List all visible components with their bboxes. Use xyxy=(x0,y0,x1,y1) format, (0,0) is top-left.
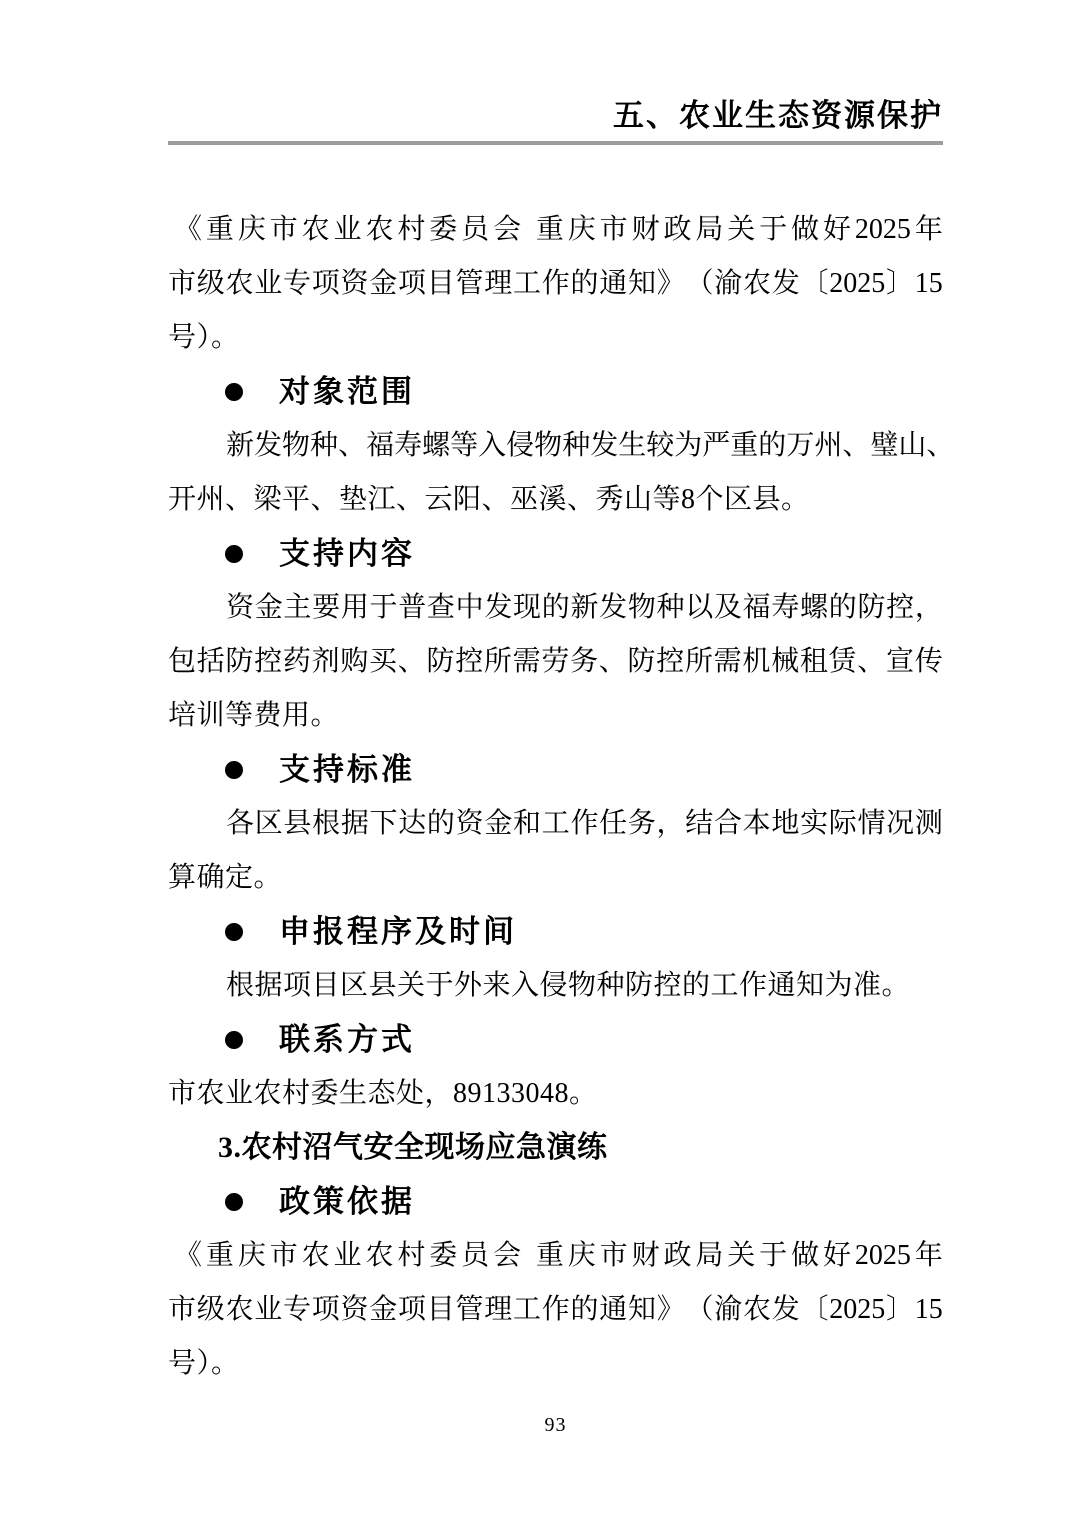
text-token: 关 xyxy=(727,203,755,257)
text-token: 的 xyxy=(542,581,570,635)
text-token: 福 xyxy=(366,419,394,473)
text-token: 工 xyxy=(542,797,570,851)
text-token: 福 xyxy=(743,581,771,635)
text-token: 庆 xyxy=(568,1229,596,1283)
text-token: 市 xyxy=(600,1229,628,1283)
text-token: 农 xyxy=(302,203,330,257)
support-content-paragraph: 培训等费用。 xyxy=(168,689,943,743)
text-token: 庆 xyxy=(238,203,266,257)
section-bullet-row: 政策依据 xyxy=(168,1175,943,1229)
text-token: 发 xyxy=(599,581,627,635)
scope-paragraph: 新发物种、福寿螺等入侵物种发生较为严重的万州、璧山、 xyxy=(168,419,943,473)
text-token: 测 xyxy=(915,797,943,851)
text-token: 局 xyxy=(695,203,723,257)
text-token: 、 xyxy=(338,419,366,473)
text-token: 物 xyxy=(282,419,310,473)
text-token: 防 xyxy=(857,581,885,635)
text-token: 际 xyxy=(829,797,857,851)
text-token: 委 xyxy=(429,1229,457,1283)
text-token: 买 xyxy=(369,635,397,689)
text-token: 市 xyxy=(600,203,628,257)
text-token: 根 xyxy=(312,797,340,851)
text-token: 务 xyxy=(628,797,656,851)
text-token: 入 xyxy=(478,419,506,473)
text-token: （ xyxy=(686,1283,714,1337)
text-token: 所 xyxy=(484,635,512,689)
text-token: 重 xyxy=(206,203,234,257)
bullet-icon xyxy=(225,1031,243,1049)
text-token: 、 xyxy=(599,635,627,689)
bullet-icon xyxy=(225,545,243,563)
text-token: 庆 xyxy=(568,203,596,257)
text-token: ， xyxy=(915,581,943,635)
text-token: 知 xyxy=(628,1283,656,1337)
bullet-icon xyxy=(225,761,243,779)
section-bullet-row: 支持标准 xyxy=(168,743,943,797)
text-token: 控 xyxy=(455,635,483,689)
text-token: 地 xyxy=(771,797,799,851)
text-token: 专 xyxy=(283,257,311,311)
application-procedure-paragraph: 根据项目区县关于外来入侵物种防控的工作通知为准。 xyxy=(168,959,943,1013)
contact-paragraph: 市农业农村委生态处，89133048。 xyxy=(168,1067,943,1121)
text-token: 金 xyxy=(484,797,512,851)
text-token: 于 xyxy=(759,203,787,257)
text-token: 务 xyxy=(570,635,598,689)
text-token: 情 xyxy=(857,797,885,851)
text-token: 租 xyxy=(800,635,828,689)
text-token: 药 xyxy=(283,635,311,689)
text-token: 农 xyxy=(365,1229,393,1283)
text-token: 严 xyxy=(702,419,730,473)
text-token: 械 xyxy=(771,635,799,689)
section-bullet-row: 申报程序及时间 xyxy=(168,905,943,959)
text-token: （ xyxy=(686,257,714,311)
text-token: 业 xyxy=(254,257,282,311)
text-token: 政 xyxy=(663,203,691,257)
text-token: 员 xyxy=(461,203,489,257)
text-token: 传 xyxy=(915,635,943,689)
text-token: 通 xyxy=(599,1283,627,1337)
text-token: 市 xyxy=(168,1283,196,1337)
text-token: 政 xyxy=(663,1229,691,1283)
section-heading: 支持内容 xyxy=(279,527,415,581)
text-token: 要 xyxy=(312,581,340,635)
text-token: 村 xyxy=(397,203,425,257)
section-bullet-row: 对象范围 xyxy=(168,365,943,419)
text-token: 控 xyxy=(656,635,684,689)
text-token: 查 xyxy=(427,581,455,635)
text-token: 普 xyxy=(398,581,426,635)
text-token: 工 xyxy=(513,1283,541,1337)
text-token: 以 xyxy=(685,581,713,635)
text-token: 2025 xyxy=(829,257,885,311)
text-token: 新 xyxy=(226,419,254,473)
text-token: 好 xyxy=(823,203,851,257)
page-footer: 93 xyxy=(168,1414,943,1437)
text-token: 璧 xyxy=(870,419,898,473)
text-token: 劳 xyxy=(541,635,569,689)
running-header: 五、农业生态资源保护 xyxy=(168,0,943,135)
text-token: 州 xyxy=(814,419,842,473)
text-token: 种 xyxy=(310,419,338,473)
text-token: 防 xyxy=(225,635,253,689)
text-token: 购 xyxy=(340,635,368,689)
bullet-icon xyxy=(225,383,243,401)
text-token: 专 xyxy=(283,1283,311,1337)
text-token: 目 xyxy=(427,1283,455,1337)
text-token: 重 xyxy=(206,1229,234,1283)
text-token: 发 xyxy=(484,581,512,635)
section-heading: 申报程序及时间 xyxy=(279,905,517,959)
text-token: 15 xyxy=(915,1283,943,1337)
text-token: 新 xyxy=(570,581,598,635)
section-heading: 联系方式 xyxy=(279,1013,415,1067)
text-token: 业 xyxy=(334,1229,362,1283)
text-token: 项 xyxy=(398,1283,426,1337)
text-token: 市 xyxy=(270,1229,298,1283)
text-token: 剂 xyxy=(312,635,340,689)
text-token: 重 xyxy=(536,1229,564,1283)
text-token: 15 xyxy=(915,257,943,311)
text-token: 结 xyxy=(685,797,713,851)
text-token: 据 xyxy=(341,797,369,851)
text-token: 〕 xyxy=(886,1283,914,1337)
bullet-icon xyxy=(225,923,243,941)
text-token: 螺 xyxy=(800,581,828,635)
policy-document-paragraph: 《重庆市农业农村委员会 重庆市财政局关于做好2025年 xyxy=(168,203,943,257)
header-divider xyxy=(168,141,943,145)
text-token: 及 xyxy=(714,581,742,635)
support-content-paragraph: 包括防控药剂购买、防控所需劳务、防控所需机械租赁、宣传 xyxy=(168,635,943,689)
text-token: 会 xyxy=(493,1229,521,1283)
document-body: 《重庆市农业农村委员会 重庆市财政局关于做好2025年市级农业专项资金项目管理工… xyxy=(168,203,943,1391)
document-page: 五、农业生态资源保护 《重庆市农业农村委员会 重庆市财政局关于做好2025年市级… xyxy=(0,0,1074,1520)
text-token: 农 xyxy=(743,1283,771,1337)
text-token: 包 xyxy=(168,635,196,689)
text-token: 物 xyxy=(628,581,656,635)
text-token: 管 xyxy=(456,257,484,311)
text-token: 作 xyxy=(542,257,570,311)
text-token: 2025 xyxy=(829,1283,885,1337)
text-token: 工 xyxy=(513,257,541,311)
text-token: 需 xyxy=(714,635,742,689)
text-token: 为 xyxy=(674,419,702,473)
numbered-heading: 3.农村沼气安全现场应急演练 xyxy=(168,1121,943,1175)
text-token: 万 xyxy=(786,419,814,473)
text-token: 业 xyxy=(254,1283,282,1337)
text-token: 〔 xyxy=(801,1283,829,1337)
text-token: 金 xyxy=(255,581,283,635)
text-token: 项 xyxy=(312,257,340,311)
text-token: 物 xyxy=(534,419,562,473)
text-token: 《 xyxy=(174,1229,202,1283)
text-token: 的 xyxy=(427,797,455,851)
support-content-paragraph: 资金主要用于普查中发现的新发物种以及福寿螺的防控， xyxy=(168,581,943,635)
text-token: 主 xyxy=(283,581,311,635)
text-token: 市 xyxy=(168,257,196,311)
text-token: 况 xyxy=(886,797,914,851)
section-heading: 对象范围 xyxy=(279,365,415,419)
bullet-icon xyxy=(225,1193,243,1211)
scope-paragraph: 开州、梁平、垫江、云阳、巫溪、秀山等8个区县。 xyxy=(168,473,943,527)
section-heading: 支持标准 xyxy=(279,743,415,797)
text-token: 、 xyxy=(842,419,870,473)
text-token: 农 xyxy=(302,1229,330,1283)
text-token: 任 xyxy=(599,797,627,851)
text-token: 防 xyxy=(628,635,656,689)
text-token: 员 xyxy=(461,1229,489,1283)
text-token: 防 xyxy=(426,635,454,689)
text-token: 重 xyxy=(730,419,758,473)
policy-document-paragraph: 《重庆市农业农村委员会 重庆市财政局关于做好2025年 xyxy=(168,1229,943,1283)
text-token: 发 xyxy=(254,419,282,473)
text-token: 于 xyxy=(370,581,398,635)
text-token: 通 xyxy=(599,257,627,311)
text-token: 资 xyxy=(456,797,484,851)
text-token: 较 xyxy=(646,419,674,473)
text-token: 本 xyxy=(743,797,771,851)
content-column: 五、农业生态资源保护 《重庆市农业农村委员会 重庆市财政局关于做好2025年市级… xyxy=(168,0,943,1391)
text-token: 控 xyxy=(254,635,282,689)
text-token: 2025 xyxy=(855,203,911,257)
policy-document-paragraph: 市级农业专项资金项目管理工作的通知》（渝农发〔2025〕15 xyxy=(168,257,943,311)
text-token: 括 xyxy=(197,635,225,689)
text-token: 等 xyxy=(450,419,478,473)
text-token: 种 xyxy=(562,419,590,473)
text-token: 《 xyxy=(174,203,202,257)
text-token: 控 xyxy=(886,581,914,635)
text-token: 知 xyxy=(628,257,656,311)
text-token: 管 xyxy=(456,1283,484,1337)
text-token: 发 xyxy=(772,1283,800,1337)
text-token: 会 xyxy=(493,203,521,257)
policy-document-paragraph: 号）。 xyxy=(168,311,943,365)
text-token: 年 xyxy=(915,1229,943,1283)
text-token: 于 xyxy=(759,1229,787,1283)
text-token: 年 xyxy=(915,203,943,257)
section-bullet-row: 支持内容 xyxy=(168,527,943,581)
text-token: 达 xyxy=(398,797,426,851)
text-token: 现 xyxy=(513,581,541,635)
text-token: 渝 xyxy=(714,1283,742,1337)
text-token: ， xyxy=(657,797,685,851)
text-token: 渝 xyxy=(714,257,742,311)
text-token: 理 xyxy=(484,1283,512,1337)
text-token: 螺 xyxy=(422,419,450,473)
text-token: 机 xyxy=(742,635,770,689)
text-token: 市 xyxy=(270,203,298,257)
text-token: 的 xyxy=(571,257,599,311)
text-token: 所 xyxy=(685,635,713,689)
text-token: 资 xyxy=(341,1283,369,1337)
text-token: 级 xyxy=(197,1283,225,1337)
text-token: 各 xyxy=(226,797,254,851)
header-title: 五、农业生态资源保护 xyxy=(613,98,943,133)
text-token: 项 xyxy=(398,257,426,311)
text-token: 理 xyxy=(484,257,512,311)
text-token: 下 xyxy=(370,797,398,851)
text-token: 》 xyxy=(657,1283,685,1337)
text-token: 、 xyxy=(398,635,426,689)
text-token: 山 xyxy=(898,419,926,473)
text-token: 区 xyxy=(255,797,283,851)
text-token: 资 xyxy=(226,581,254,635)
text-token: 中 xyxy=(456,581,484,635)
text-token: 发 xyxy=(772,257,800,311)
text-token: 局 xyxy=(695,1229,723,1283)
text-token: 、 xyxy=(857,635,885,689)
text-token: 好 xyxy=(823,1229,851,1283)
text-token: 做 xyxy=(791,203,819,257)
text-token: 财 xyxy=(632,1229,660,1283)
text-token: 生 xyxy=(618,419,646,473)
text-token: 作 xyxy=(542,1283,570,1337)
text-token: 的 xyxy=(829,581,857,635)
text-token: 财 xyxy=(632,203,660,257)
text-token: 级 xyxy=(197,257,225,311)
text-token: 金 xyxy=(369,1283,397,1337)
text-token: 2025 xyxy=(855,1229,911,1283)
support-standard-paragraph: 算确定。 xyxy=(168,851,943,905)
text-token: 发 xyxy=(590,419,618,473)
text-token: 县 xyxy=(283,797,311,851)
text-token: 业 xyxy=(334,203,362,257)
text-token: 项 xyxy=(312,1283,340,1337)
text-token: 侵 xyxy=(506,419,534,473)
text-token: 金 xyxy=(369,257,397,311)
text-token: 农 xyxy=(226,257,254,311)
text-token: 合 xyxy=(714,797,742,851)
text-token: 〔 xyxy=(801,257,829,311)
text-token xyxy=(525,1229,532,1283)
text-token: 做 xyxy=(791,1229,819,1283)
text-token: 委 xyxy=(429,203,457,257)
policy-document-paragraph: 市级农业专项资金项目管理工作的通知》（渝农发〔2025〕15 xyxy=(168,1283,943,1337)
support-standard-paragraph: 各区县根据下达的资金和工作任务，结合本地实际情况测 xyxy=(168,797,943,851)
text-token: 〕 xyxy=(886,257,914,311)
text-token: 宣 xyxy=(886,635,914,689)
text-token: 农 xyxy=(365,203,393,257)
text-token: 赁 xyxy=(829,635,857,689)
section-bullet-row: 联系方式 xyxy=(168,1013,943,1067)
text-token: 目 xyxy=(427,257,455,311)
page-number: 93 xyxy=(545,1414,567,1436)
text-token xyxy=(525,203,532,257)
text-token: 需 xyxy=(513,635,541,689)
text-token: 村 xyxy=(397,1229,425,1283)
text-token: 寿 xyxy=(394,419,422,473)
text-token: 》 xyxy=(657,257,685,311)
text-token: 的 xyxy=(758,419,786,473)
policy-document-paragraph: 号）。 xyxy=(168,1337,943,1391)
text-token: 用 xyxy=(341,581,369,635)
text-token: 庆 xyxy=(238,1229,266,1283)
text-token: 寿 xyxy=(771,581,799,635)
text-token: 资 xyxy=(341,257,369,311)
text-token: 关 xyxy=(727,1229,755,1283)
text-token: 种 xyxy=(657,581,685,635)
text-token: 作 xyxy=(570,797,598,851)
text-token: 农 xyxy=(226,1283,254,1337)
text-token: 的 xyxy=(571,1283,599,1337)
section-heading: 政策依据 xyxy=(279,1175,415,1229)
text-token: 实 xyxy=(800,797,828,851)
text-token: 农 xyxy=(743,257,771,311)
text-token: 重 xyxy=(536,203,564,257)
text-token: 和 xyxy=(513,797,541,851)
text-token: 、 xyxy=(926,419,954,473)
